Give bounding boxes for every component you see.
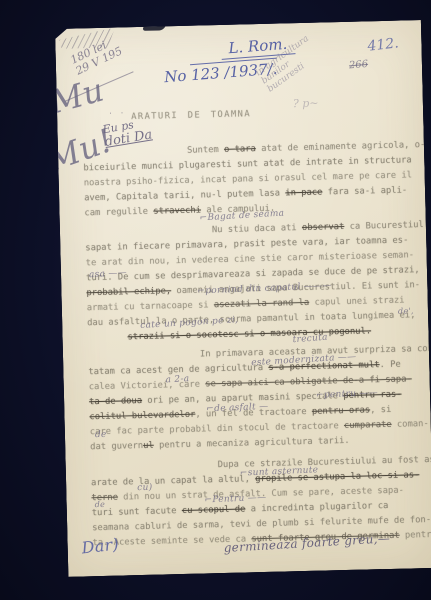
pornind-note: ⌐pornind din capatul ———: [197, 281, 332, 297]
germineaza-note: germineaza foarte greu,—: [223, 531, 390, 555]
handwritten-annotations-layer: ⌐Bagat de seamaasa ——⌐pornind din capatu…: [55, 20, 431, 577]
dar-note: Dar): [81, 534, 120, 557]
modernizata-note: este modernizata ——: [251, 352, 357, 368]
trecuta-note: trecuta: [292, 333, 328, 346]
photo-background: 180 lei 29 V 195 L. Rom. No 123 /1937/. …: [0, 0, 431, 600]
cu-note: cu): [137, 483, 152, 493]
de-asfalt-note: ⌐de asfalt —: [206, 402, 269, 415]
pentru-masini-note: ⌐pentru ——: [316, 388, 378, 401]
bagat-de-seama-note: ⌐Bagat de seama: [199, 209, 284, 224]
a-doua-note: a 2-a: [165, 374, 189, 385]
asa-note: asa ——: [89, 268, 128, 280]
de-guvern-note: de: [95, 430, 107, 440]
asternute-note: ⌐sunt asternute: [240, 465, 319, 478]
de-turi-note: de: [95, 500, 106, 509]
pogon-note: cate un pogon pe zi,: [140, 315, 239, 331]
de-apostrophe-note: de',: [398, 306, 414, 315]
manuscript-page: 180 lei 29 V 195 L. Rom. No 123 /1937/. …: [55, 20, 431, 577]
pentru-facute-note: ⌐Pentru ——: [204, 493, 266, 506]
scanned-document-photo: { "scene": { "background": "#0d1028", "p…: [0, 0, 431, 600]
